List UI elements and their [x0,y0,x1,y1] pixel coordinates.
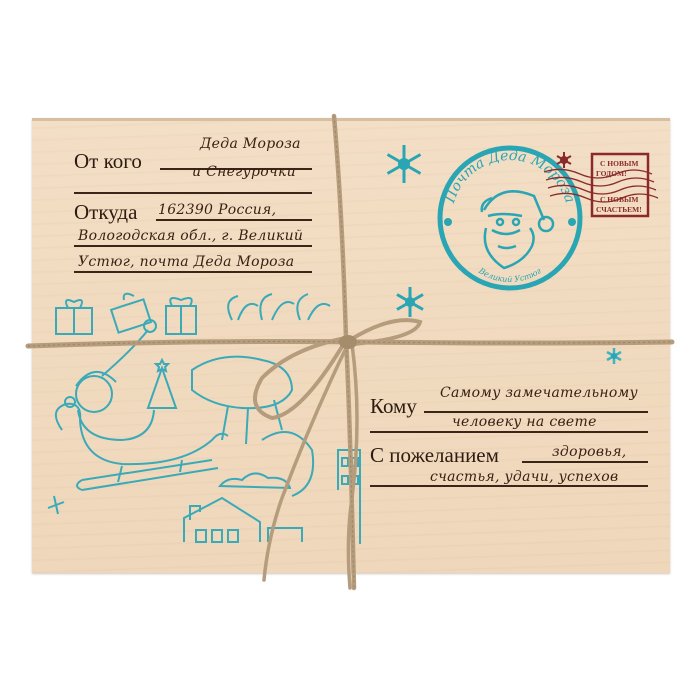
wooden-envelope: От кого Деда Мороза и Снегурочки Откуда … [32,118,670,573]
jute-twine [32,118,670,588]
